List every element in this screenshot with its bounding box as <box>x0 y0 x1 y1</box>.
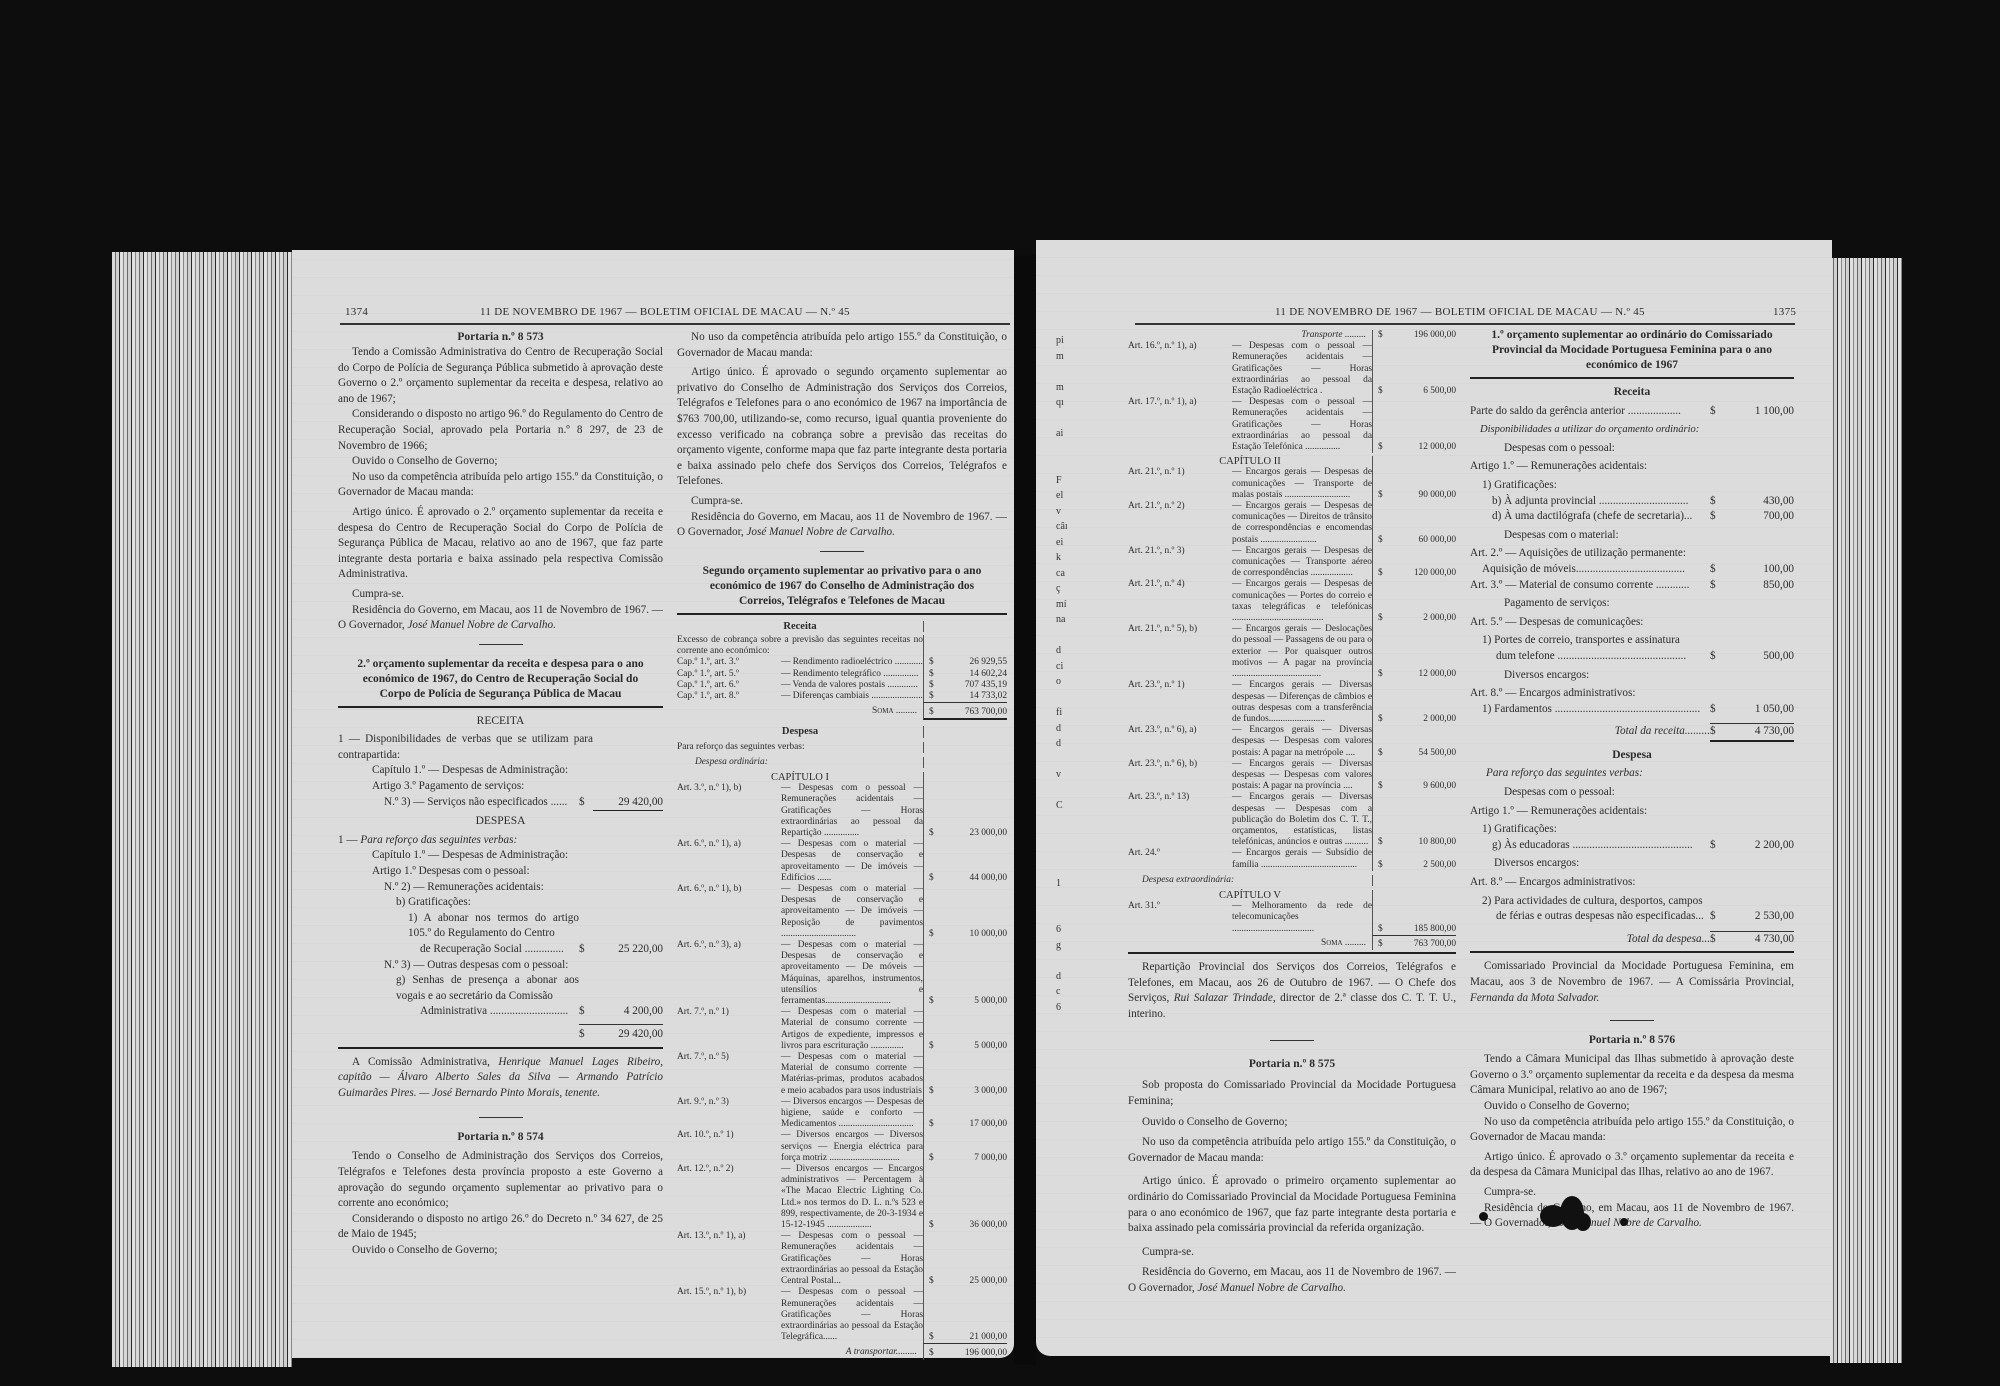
amount-value: 120 000,00 <box>1414 568 1456 579</box>
amount-value: 2 500,00 <box>1423 860 1456 871</box>
chapter-5-rows: Art. 31.º— Melhoramento da rede de telec… <box>1128 901 1456 935</box>
section-divider <box>479 1117 523 1118</box>
budget-cttm-title: Segundo orçamento suplementar ao privati… <box>677 564 1007 609</box>
amount-value: 5 000,00 <box>974 996 1007 1007</box>
currency-symbol: $ <box>929 669 934 680</box>
portaria-8575-title: Portaria n.º 8 575 <box>1128 1057 1456 1072</box>
left-column-1: Portaria n.º 8 573 Tendo a Comissão Admi… <box>338 330 663 1259</box>
soma-row: Soma .........$763 700,00 <box>1128 935 1456 950</box>
budget-row: Art. 15.º, n.º 1), b)— Despesas com o pe… <box>677 1287 1007 1343</box>
margin-fragment <box>1056 442 1076 458</box>
budget-row: Art. 21.º, n.º 5), b)— Encargos gerais —… <box>1128 624 1456 680</box>
amount-cell: $21 000,00 <box>923 1287 1007 1343</box>
chapter-heading: CAPÍTULO V <box>1128 890 1372 901</box>
currency-symbol: $ <box>929 996 934 1007</box>
article-description: — Encargos gerais — Diversas despesas — … <box>1232 792 1372 848</box>
amount-cell: $17 000,00 <box>923 1097 1007 1131</box>
thick-rule <box>677 613 1007 615</box>
paragraph: Artigo único. É aprovado o 3.º orçamento… <box>1470 1150 1794 1181</box>
chapter-heading: CAPÍTULO I <box>677 772 923 783</box>
margin-fragment: ai <box>1056 426 1076 442</box>
soma-row: Soma .........$763 700,00 <box>677 702 1007 720</box>
article-ref: Art. 21.º, n.º 5), b) <box>1128 624 1232 680</box>
currency-symbol: $ <box>1378 669 1383 680</box>
budget-row: Art. 23.º, n.º 6), b)— Encargos gerais —… <box>1128 759 1456 793</box>
article-ref: Art. 31.º <box>1128 901 1232 935</box>
amount-value: 10 800,00 <box>1419 837 1457 848</box>
amount-cell: $707 435,19 <box>923 680 1007 691</box>
left-header-rule <box>340 323 1010 325</box>
budget-row: Art. 6.º, n.º 1), a)— Despesas com o mat… <box>677 839 1007 884</box>
article-description: — Despesas com o pessoal — Remunerações … <box>781 1287 923 1343</box>
budget-row: Art. 24.º— Encargos gerais — Subsídio de… <box>1128 848 1456 870</box>
article-ref: Art. 12.º, n.º 2) <box>677 1164 781 1231</box>
margin-fragment: v <box>1056 504 1076 520</box>
despesa-intro: 1 — Para reforço das seguintes verbas: <box>338 833 663 849</box>
margin-fragment: o <box>1056 674 1076 690</box>
signatory-name: José Manuel Nobre de Carvalho. <box>407 619 555 631</box>
despesa-line: Artigo 1.º Despesas com o pessoal: <box>338 864 663 880</box>
budget-row: Art. 23.º, n.º 13)— Encargos gerais — Di… <box>1128 792 1456 848</box>
article-description: — Encargos gerais — Despesas de comunica… <box>1232 546 1372 580</box>
chapter-heading: CAPÍTULO II <box>1128 456 1372 467</box>
amount-cell: $60 000,00 <box>1372 501 1456 546</box>
article-ref: Cap.º 1.º, art. 3.º <box>677 657 781 668</box>
budget-cttm-table: Receita Excesso de cobrança sobre a prev… <box>677 621 1007 1360</box>
currency-symbol: $ <box>1378 860 1383 871</box>
budget-row: Cap.º 1.º, art. 5.º— Rendimento telegráf… <box>677 669 1007 680</box>
budget-subhead: Artigo 1.º — Remunerações acidentais: <box>1470 459 1794 475</box>
amount-cell: $12 000,00 <box>1372 397 1456 453</box>
margin-fragment: 6 <box>1056 922 1076 938</box>
right-column-2: 1.º orçamento suplementar ao ordinário d… <box>1470 328 1794 1232</box>
amount-value: 26 929,55 <box>970 657 1008 668</box>
article-ref: Art. 15.º, n.º 1), b) <box>677 1287 781 1343</box>
amount-value: 14 602,24 <box>970 669 1008 680</box>
amount-value: 9 600,00 <box>1423 781 1456 792</box>
budget-cttm-table-continued: Transporte .........$196 000,00 Art. 16.… <box>1128 330 1456 950</box>
margin-fragment <box>1056 411 1076 427</box>
amount-value: 14 733,02 <box>970 691 1008 702</box>
currency-symbol: $ <box>929 873 934 884</box>
currency-symbol: $ <box>929 1220 934 1231</box>
amount-value: 25 000,00 <box>970 1276 1008 1287</box>
margin-fragment: d <box>1056 736 1076 752</box>
paragraph: Ouvido o Conselho de Governo; <box>1128 1115 1456 1131</box>
despesa-heading: Despesa <box>1470 748 1794 764</box>
article-ref: Cap.º 1.º, art. 8.º <box>677 691 781 702</box>
amount-value: 707 435,19 <box>965 680 1007 691</box>
paragraph: Ouvido o Conselho de Governo; <box>338 1243 663 1259</box>
amount-cell: $26 929,55 <box>923 657 1007 668</box>
currency-symbol: $ <box>1378 924 1383 935</box>
margin-fragment: 6 <box>1056 1000 1076 1016</box>
margin-fragment <box>1056 752 1076 768</box>
budget-line: d) À uma dactilógrafa (chefe de secretar… <box>1470 509 1794 525</box>
a-transportar-row: A transportar.........$196 000,00 <box>677 1343 1007 1359</box>
amount-cell: $25 000,00 <box>923 1231 1007 1287</box>
budget-row: Art. 17.º, n.º 1), a)— Despesas com o pe… <box>1128 397 1456 453</box>
budget-crs-title: 2.º orçamento suplementar da receita e d… <box>338 657 663 702</box>
article-description: — Despesas com o pessoal — Remunerações … <box>781 783 923 839</box>
article-description: — Encargos gerais — Subsídio de família … <box>1232 848 1372 870</box>
article-ref: Art. 16.º, n.º 1), a) <box>1128 341 1232 397</box>
article-ref: Art. 21.º, n.º 1) <box>1128 467 1232 501</box>
despesa-heading: Despesa <box>677 726 923 737</box>
left-page-number: 1374 <box>345 306 368 318</box>
receita-heading: RECEITA <box>338 714 663 730</box>
amount-cell: $6 500,00 <box>1372 341 1456 397</box>
section-divider <box>479 644 523 645</box>
article-description: — Encargos gerais — Despesas de comunica… <box>1232 467 1372 501</box>
right-page-stack-edge <box>1830 258 1902 1363</box>
amount-value: 12 000,00 <box>1419 669 1457 680</box>
article-description: — Diferenças cambiais ..................… <box>781 691 923 702</box>
signature-line: Residência do Governo, em Macau, aos 11 … <box>1128 1265 1456 1296</box>
paragraph: No uso da competência atribuída pelo art… <box>677 330 1007 361</box>
amount-cell: $2 000,00 <box>1372 579 1456 624</box>
right-page-number: 1375 <box>1773 306 1796 318</box>
article-ref: Art. 3.º, n.º 1), b) <box>677 783 781 839</box>
continued-rows: Art. 16.º, n.º 1), a)— Despesas com o pe… <box>1128 341 1456 453</box>
left-page-stack-edge <box>112 252 292 1367</box>
paragraph: No uso da competência atribuída pelo art… <box>1128 1135 1456 1166</box>
paragraph: Tendo a Câmara Municipal das Ilhas subme… <box>1470 1052 1794 1099</box>
budget-subhead: Despesas com o material: <box>1470 528 1794 544</box>
article-ref: Art. 7.º, n.º 5) <box>677 1052 781 1097</box>
budget-line: Art. 3.º — Material de consumo corrente … <box>1470 578 1794 594</box>
margin-fragment <box>1056 364 1076 380</box>
article-ref: Art. 23.º, n.º 1) <box>1128 680 1232 725</box>
amount-value: 6 500,00 <box>1423 386 1456 397</box>
budget-row: Art. 12.º, n.º 2)— Diversos encargos — E… <box>677 1164 1007 1231</box>
currency-symbol: $ <box>929 1276 934 1287</box>
currency-symbol: $ <box>1378 714 1383 725</box>
margin-fragment: qı <box>1056 395 1076 411</box>
budget-subhead: 2) Para actividades de cultura, desporto… <box>1470 894 1794 910</box>
paragraph: Tendo o Conselho de Administração dos Se… <box>338 1149 663 1211</box>
margin-fragment: v <box>1056 767 1076 783</box>
currency-symbol: $ <box>929 657 934 668</box>
budget-row: Cap.º 1.º, art. 8.º— Diferenças cambiais… <box>677 691 1007 702</box>
section-divider <box>820 551 864 552</box>
amount-cell: $7 000,00 <box>923 1130 1007 1164</box>
margin-fragment: C <box>1056 798 1076 814</box>
article-ref: Art. 23.º, n.º 13) <box>1128 792 1232 848</box>
chapter-2-rows: Art. 21.º, n.º 1)— Encargos gerais — Des… <box>1128 467 1456 870</box>
budget-line: Aquisição de móveis.....................… <box>1470 562 1794 578</box>
paragraph: Artigo único. É aprovado o segundo orçam… <box>677 365 1007 490</box>
cttm-closing: Repartição Provincial dos Serviços dos C… <box>1128 960 1456 1022</box>
article-description: — Encargos gerais — Despesas de comunica… <box>1232 579 1372 624</box>
receita-intro: Excesso de cobrança sobre a previsão das… <box>677 635 923 657</box>
budget-row: Art. 31.º— Melhoramento da rede de telec… <box>1128 901 1456 935</box>
budget-subhead: Disponibilidades a utilizar do orçamento… <box>1470 422 1794 438</box>
amount-value: 2 000,00 <box>1423 613 1456 624</box>
paragraph: Sob proposta do Comissariado Provincial … <box>1128 1078 1456 1109</box>
article-description: — Despesas com o material — Despesas de … <box>781 940 923 1007</box>
article-description: — Diversos encargos — Encargos administr… <box>781 1164 923 1231</box>
article-description: — Diversos encargos — Diversos serviços … <box>781 1130 923 1164</box>
amount-cell: $2 000,00 <box>1372 680 1456 725</box>
currency-symbol: $ <box>1378 490 1383 501</box>
article-description: — Rendimento radioeléctrico ............ <box>781 657 923 668</box>
article-description: — Despesas com o material — Despesas de … <box>781 884 923 940</box>
chapter-1-rows: Art. 3.º, n.º 1), b)— Despesas com o pes… <box>677 783 1007 1343</box>
margin-fragment <box>1056 860 1076 876</box>
amount-cell: $10 000,00 <box>923 884 1007 940</box>
budget-line: g) Às educadoras .......................… <box>1470 838 1794 854</box>
right-column-1: Transporte .........$196 000,00 Art. 16.… <box>1128 330 1456 1296</box>
amount-value: 3 000,00 <box>974 1086 1007 1097</box>
article-description: — Encargos gerais — Diversas despesas — … <box>1232 759 1372 793</box>
despesa-line: b) Gratificações: <box>338 895 663 911</box>
amount-value: 36 000,00 <box>970 1220 1008 1231</box>
margin-fragment: ç <box>1056 581 1076 597</box>
article-ref: Art. 6.º, n.º 1), b) <box>677 884 781 940</box>
margin-fragment: ca <box>1056 566 1076 582</box>
margin-fragment: na <box>1056 612 1076 628</box>
article-description: — Diversos encargos — Despesas de higien… <box>781 1097 923 1131</box>
article-description: — Despesas com o material — Material de … <box>781 1007 923 1052</box>
article-description: — Melhoramento da rede de telecomunicaçõ… <box>1232 901 1372 935</box>
budget-row: Art. 9.º, n.º 3)— Diversos encargos — De… <box>677 1097 1007 1131</box>
despesa-heading: DESPESA <box>338 814 663 830</box>
budget-row: Art. 16.º, n.º 1), a)— Despesas com o pe… <box>1128 341 1456 397</box>
ink-blot <box>1620 1218 1628 1226</box>
currency-symbol: $ <box>929 929 934 940</box>
amount-cell: $23 000,00 <box>923 783 1007 839</box>
amount-value: 21 000,00 <box>970 1332 1008 1343</box>
currency-symbol: $ <box>929 1041 934 1052</box>
left-running-title: 11 DE NOVEMBRO DE 1967 — BOLETIM OFICIAL… <box>480 306 850 318</box>
budget-subhead: Despesas com o pessoal: <box>1470 441 1794 457</box>
paragraph: Tendo a Comissão Administrativa do Centr… <box>338 345 663 407</box>
thick-rule <box>1470 951 1794 953</box>
article-ref: Art. 6.º, n.º 1), a) <box>677 839 781 884</box>
paragraph: Ouvido o Conselho de Governo; <box>338 454 663 470</box>
margin-fragment <box>1056 891 1076 907</box>
article-description: — Encargos gerais — Diversas despesas — … <box>1232 680 1372 725</box>
margin-fragment <box>1056 829 1076 845</box>
amount-cell: $5 000,00 <box>923 1007 1007 1052</box>
margin-fragment: pi <box>1056 333 1076 349</box>
budget-line: dum telefone ...........................… <box>1470 649 1794 665</box>
budget-row: Art. 3.º, n.º 1), b)— Despesas com o pes… <box>677 783 1007 839</box>
article-description: — Encargos gerais — Despesas de comunica… <box>1232 501 1372 546</box>
margin-fragment: g <box>1056 938 1076 954</box>
portaria-8573: Portaria n.º 8 573 Tendo a Comissão Admi… <box>338 330 663 634</box>
portaria-8576: Portaria n.º 8 576 Tendo a Câmara Munici… <box>1470 1033 1794 1232</box>
budget-crs: 2.º orçamento suplementar da receita e d… <box>338 657 663 1102</box>
currency-symbol: $ <box>1378 568 1383 579</box>
amount-cell: $185 800,00 <box>1372 901 1456 935</box>
currency-symbol: $ <box>929 828 934 839</box>
margin-fragment: c <box>1056 984 1076 1000</box>
margin-fragment <box>1056 907 1076 923</box>
article-ref: Art. 6.º, n.º 3), a) <box>677 940 781 1007</box>
article-ref: Art. 23.º, n.º 6), b) <box>1128 759 1232 793</box>
margin-fragment: F <box>1056 473 1076 489</box>
amount-value: 7 000,00 <box>974 1153 1007 1164</box>
budget-subhead: 1) Gratificações: <box>1470 478 1794 494</box>
article-ref: Art. 23.º, n.º 6), a) <box>1128 725 1232 759</box>
margin-fragment <box>1056 845 1076 861</box>
margin-fragment: 1 <box>1056 876 1076 892</box>
currency-symbol: $ <box>929 1332 934 1343</box>
paragraph: Artigo único. É aprovado o 2.º orçamento… <box>338 505 663 583</box>
amount-cell: $36 000,00 <box>923 1164 1007 1231</box>
margin-fragment <box>1056 783 1076 799</box>
budget-line: Parte do saldo da gerência anterior ....… <box>1470 404 1794 420</box>
margin-fragment <box>1056 628 1076 644</box>
article-ref: Art. 24.º <box>1128 848 1232 870</box>
budget-row: Art. 21.º, n.º 2)— Encargos gerais — Des… <box>1128 501 1456 546</box>
budget-row: Art. 10.º, n.º 1)— Diversos encargos — D… <box>677 1130 1007 1164</box>
budget-row: Art. 6.º, n.º 1), b)— Despesas com o mat… <box>677 884 1007 940</box>
total-despesa: Total da despesa...$4 730,00 <box>1470 931 1794 948</box>
left-column-2: No uso da competência atribuída pelo art… <box>677 330 1007 1360</box>
article-description: — Encargos gerais — Deslocações do pesso… <box>1232 624 1372 680</box>
budget-row: Art. 23.º, n.º 1)— Encargos gerais — Div… <box>1128 680 1456 725</box>
budget-row: Art. 13.º, n.º 1), a)— Despesas com o pe… <box>677 1231 1007 1287</box>
paragraph: Cumpra-se. <box>1128 1245 1456 1261</box>
despesa-line: N.º 3) — Outras despesas com o pessoal: <box>338 958 663 974</box>
paragraph: Ouvido o Conselho de Governo; <box>1470 1099 1794 1115</box>
thick-rule <box>338 1047 663 1049</box>
article-description: — Encargos gerais — Diversas despesas — … <box>1232 725 1372 759</box>
signatures: A Comissão Administrativa, Henrique Manu… <box>338 1055 663 1102</box>
signature-line: Residência do Governo, em Macau, aos 11 … <box>1470 1201 1794 1232</box>
margin-fragment: ci <box>1056 659 1076 675</box>
portaria-8576-title: Portaria n.º 8 576 <box>1470 1033 1794 1048</box>
amount-value: 12 000,00 <box>1419 442 1457 453</box>
article-description: — Rendimento telegráfico ............... <box>781 669 923 680</box>
article-ref: Art. 7.º, n.º 1) <box>677 1007 781 1052</box>
budget-row: Art. 21.º, n.º 1)— Encargos gerais — Des… <box>1128 467 1456 501</box>
signature-line: Residência do Governo, em Macau, aos 11 … <box>677 510 1007 541</box>
section-divider <box>1610 1020 1654 1021</box>
currency-symbol: $ <box>1378 386 1383 397</box>
currency-symbol: $ <box>1378 613 1383 624</box>
budget-mpf-title: 1.º orçamento suplementar ao ordinário d… <box>1470 328 1794 373</box>
margin-fragment <box>1056 690 1076 706</box>
margin-fragment: ei <box>1056 535 1076 551</box>
currency-symbol: $ <box>1378 442 1383 453</box>
amount-value: 5 000,00 <box>974 1041 1007 1052</box>
budget-row: Cap.º 1.º, art. 3.º— Rendimento radioelé… <box>677 657 1007 668</box>
currency-symbol: $ <box>929 680 934 691</box>
thick-rule <box>1470 377 1794 379</box>
amount-value: 2 000,00 <box>1423 714 1456 725</box>
article-ref: Art. 17.º, n.º 1), a) <box>1128 397 1232 453</box>
article-ref: Art. 21.º, n.º 2) <box>1128 501 1232 546</box>
currency-symbol: $ <box>929 691 934 702</box>
margin-fragment: k <box>1056 550 1076 566</box>
budget-row: Art. 21.º, n.º 4)— Encargos gerais — Des… <box>1128 579 1456 624</box>
budget-subhead: Para reforço das seguintes verbas: <box>1470 766 1794 782</box>
article-description: — Venda de valores postais ............. <box>781 680 923 691</box>
currency-symbol: $ <box>1378 748 1383 759</box>
paragraph: Cumpra-se. <box>338 587 663 603</box>
receita-line: 1 — Disponibilidades de verbas que se ut… <box>338 732 663 763</box>
amount-cell: $3 000,00 <box>923 1052 1007 1097</box>
paragraph: Artigo único. É aprovado o primeiro orça… <box>1128 1174 1456 1236</box>
budget-subhead: 1) Portes de correio, transportes e assi… <box>1470 633 1794 649</box>
article-description: — Despesas com o pessoal — Remunerações … <box>781 1231 923 1287</box>
section-divider <box>1270 1040 1314 1041</box>
receita-line: Capítulo 1.º — Despesas de Administração… <box>338 763 663 779</box>
margin-fragment: d <box>1056 721 1076 737</box>
despesa-line: g) Senhas de presença a abonar aos vogai… <box>338 973 663 1004</box>
paragraph: Considerando o disposto no artigo 96.º d… <box>338 407 663 454</box>
budget-mpf: 1.º orçamento suplementar ao ordinário d… <box>1470 328 1794 1006</box>
amount-value: 54 500,00 <box>1419 748 1457 759</box>
currency-symbol: $ <box>929 1153 934 1164</box>
thick-rule <box>1128 952 1456 954</box>
portaria-8575: Portaria n.º 8 575 Sob proposta do Comis… <box>1128 1057 1456 1296</box>
transporte-row: Transporte .........$196 000,00 <box>1128 330 1456 341</box>
budget-row: Art. 21.º, n.º 3)— Encargos gerais — Des… <box>1128 546 1456 580</box>
amount-cell: $5 000,00 <box>923 940 1007 1007</box>
book-gutter <box>1014 255 1036 1365</box>
receita-line: Artigo 3.º Pagamento de serviços: <box>338 779 663 795</box>
right-running-title: 11 DE NOVEMBRO DE 1967 — BOLETIM OFICIAL… <box>1275 306 1645 318</box>
despesa-line: N.º 2) — Remunerações acidentais: <box>338 880 663 896</box>
article-description: — Despesas com o pessoal — Remunerações … <box>1232 341 1372 397</box>
margin-fragment: d <box>1056 969 1076 985</box>
currency-symbol: $ <box>929 1119 934 1130</box>
portaria-8574-title: Portaria n.º 8 574 <box>338 1130 663 1145</box>
ink-blot <box>1479 1212 1488 1221</box>
receita-rows: Cap.º 1.º, art. 3.º— Rendimento radioelé… <box>677 657 1007 702</box>
amount-value: 90 000,00 <box>1419 490 1457 501</box>
article-ref: Art. 13.º, n.º 1), a) <box>677 1231 781 1287</box>
budget-subhead: 1) Gratificações: <box>1470 822 1794 838</box>
article-description: — Despesas com o material — Material de … <box>781 1052 923 1097</box>
article-description: — Despesas com o material — Despesas de … <box>781 839 923 884</box>
budget-line: b) À adjunta provincial ................… <box>1470 494 1794 510</box>
budget-subhead: Diversos encargos: <box>1470 856 1794 872</box>
article-ref: Cap.º 1.º, art. 5.º <box>677 669 781 680</box>
budget-subhead: Art. 8.º — Encargos administrativos: <box>1470 875 1794 891</box>
budget-subhead: Diversos encargos: <box>1470 668 1794 684</box>
amount-cell: $120 000,00 <box>1372 546 1456 580</box>
article-ref: Art. 21.º, n.º 3) <box>1128 546 1232 580</box>
margin-fragment <box>1056 953 1076 969</box>
currency-symbol: $ <box>1378 535 1383 546</box>
despesa-line: 1) A abonar nos termos do artigo 105.º d… <box>338 911 663 942</box>
paragraph: No uso da competência atribuída pelo art… <box>1470 1115 1794 1146</box>
amount-cell: $14 733,02 <box>923 691 1007 702</box>
currency-symbol: $ <box>1378 837 1383 848</box>
margin-fragment: d <box>1056 643 1076 659</box>
amount-cell: $10 800,00 <box>1372 792 1456 848</box>
amount-cell: $44 000,00 <box>923 839 1007 884</box>
article-ref: Art. 10.º, n.º 1) <box>677 1130 781 1164</box>
paragraph: Cumpra-se. <box>677 494 1007 510</box>
right-header-rule <box>1135 323 1795 325</box>
budget-subhead: Art. 5.º — Despesas de comunicações: <box>1470 615 1794 631</box>
portaria-8574: Portaria n.º 8 574 Tendo o Conselho de A… <box>338 1130 663 1258</box>
article-description: — Despesas com o pessoal — Remunerações … <box>1232 397 1372 453</box>
ink-blot <box>1575 1213 1591 1231</box>
budget-row: Art. 7.º, n.º 5)— Despesas com o materia… <box>677 1052 1007 1097</box>
budget-subhead: Art. 2.º — Aquisições de utilização perm… <box>1470 546 1794 562</box>
margin-fragment: el <box>1056 488 1076 504</box>
margin-fragment: mí <box>1056 597 1076 613</box>
mpf-closing: Comissariado Provincial da Mocidade Port… <box>1470 959 1794 1006</box>
